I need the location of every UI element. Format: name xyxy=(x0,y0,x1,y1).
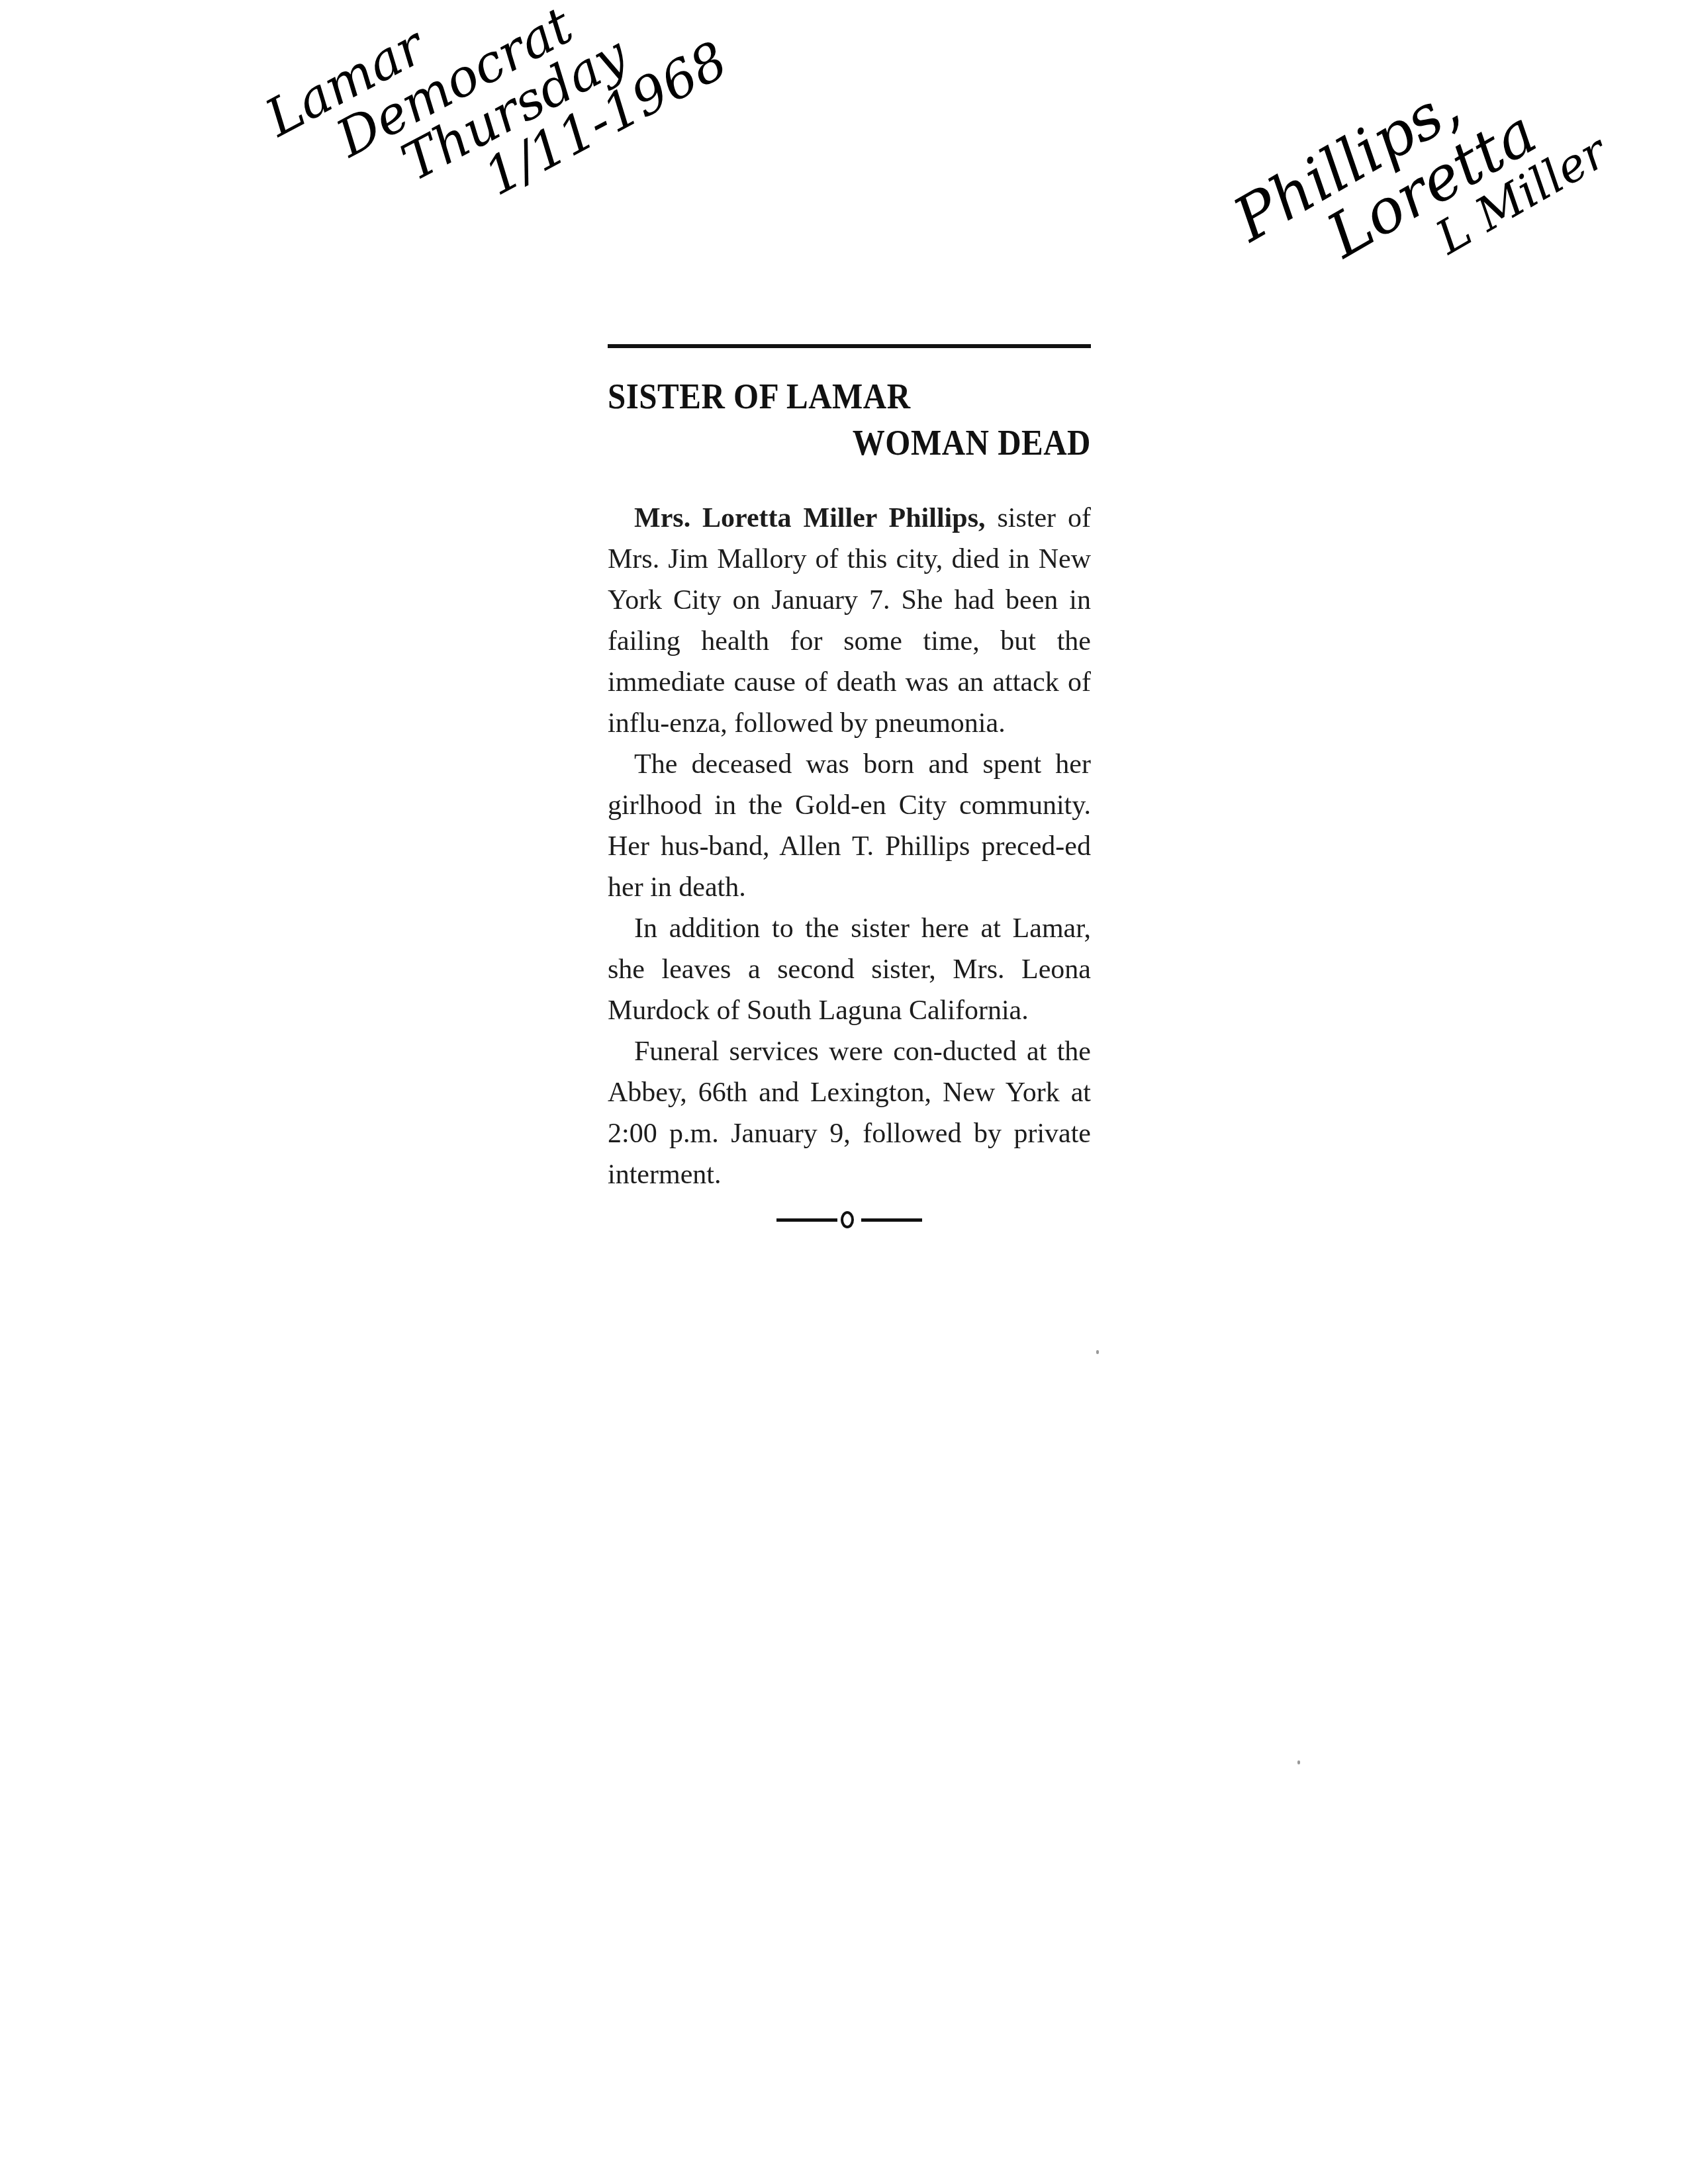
end-mark-right-rule xyxy=(861,1218,922,1222)
article-paragraph-1: Mrs. Loretta Miller Phillips, sister of … xyxy=(608,498,1091,744)
article-lead-in: Mrs. Loretta Miller Phillips, xyxy=(634,503,985,533)
headline-line-1: SISTER OF LAMAR xyxy=(608,373,1091,420)
headline-line-2: WOMAN DEAD xyxy=(608,420,1091,466)
article-paragraph-2: The deceased was born and spent her girl… xyxy=(608,744,1091,908)
article-paragraph-3: In addition to the sister here at Lamar,… xyxy=(608,908,1091,1031)
scan-speck xyxy=(1096,1350,1099,1354)
headline-rule xyxy=(608,344,1091,348)
article-paragraph-4: Funeral services were con-ducted at the … xyxy=(608,1031,1091,1195)
handwritten-source-note: Lamar Democrat Thursday 1/11-1968 xyxy=(258,0,735,281)
handwritten-name-note: Phillips, Loretta L Miller xyxy=(1225,23,1614,344)
newspaper-clipping: SISTER OF LAMAR WOMAN DEAD Mrs. Loretta … xyxy=(608,344,1091,1230)
end-mark-left-rule xyxy=(776,1218,837,1222)
headline: SISTER OF LAMAR WOMAN DEAD xyxy=(608,373,1091,467)
end-of-article-mark xyxy=(776,1210,922,1230)
end-mark-circle xyxy=(841,1211,854,1228)
article-body: Mrs. Loretta Miller Phillips, sister of … xyxy=(608,498,1091,1195)
scan-speck xyxy=(1297,1760,1300,1764)
